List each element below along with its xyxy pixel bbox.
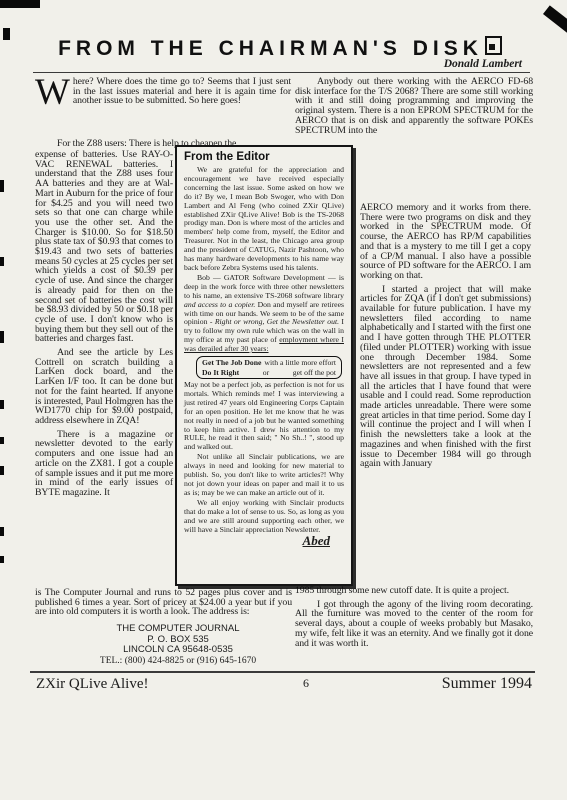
editor-paragraph-1: We are grateful for the appreciation and… bbox=[184, 166, 344, 273]
right-bottom-column: 1985 through some new cutoff date. It is… bbox=[295, 586, 533, 652]
byline: Donald Lambert bbox=[300, 58, 522, 70]
editor-paragraph-2: Bob — GATOR Software Development — is de… bbox=[184, 274, 344, 354]
batteries-paragraph: expense of batteries. Use RAY-O-VAC RENE… bbox=[35, 150, 173, 344]
disk-icon bbox=[485, 36, 502, 55]
scan-artifact-edge bbox=[0, 556, 4, 563]
aerco-text: Anybody out there working with the AERCO… bbox=[295, 76, 533, 136]
editor-p2-italic: Right or wrong, Get the Newsletter out. bbox=[215, 317, 339, 326]
scan-artifact-edge bbox=[0, 437, 4, 444]
scan-artifact-edge bbox=[0, 180, 4, 192]
editor-box-body: We are grateful for the appreciation and… bbox=[184, 166, 344, 546]
motto-line2-or: or bbox=[263, 368, 269, 378]
scan-artifact-edge bbox=[0, 257, 4, 266]
computer-journal-text: is The Computer Journal and runs to 52 p… bbox=[35, 587, 292, 617]
left-narrow-column: expense of batteries. Use RAY-O-VAC RENE… bbox=[35, 150, 173, 502]
scan-artifact-left-mark bbox=[3, 28, 10, 40]
editor-paragraph-4: Not unlike all Sinclair publications, we… bbox=[184, 453, 344, 498]
editor-signature: Abed bbox=[184, 537, 344, 546]
living-room-paragraph: I got through the agony of the living ro… bbox=[295, 600, 533, 649]
left-opening-paragraph: Where? Where does the time go to? Seems … bbox=[35, 77, 291, 107]
opening-text: here? Where does the time go to? Seems t… bbox=[73, 76, 291, 106]
newsletter-page: FROM THE CHAIRMAN'S DISK Donald Lambert … bbox=[0, 0, 567, 800]
scan-artifact-top-bar bbox=[0, 0, 40, 8]
magazine-paragraph: There is a magazine or newsletter devote… bbox=[35, 430, 173, 498]
address-line: THE COMPUTER JOURNAL bbox=[48, 624, 308, 635]
editor-paragraph-3: May not be a perfect job, as perfection … bbox=[184, 381, 344, 452]
scan-artifact-edge bbox=[0, 527, 4, 536]
footer-page-number: 6 bbox=[303, 676, 309, 691]
scan-artifact-edge bbox=[0, 400, 4, 409]
footer-journal-name: ZXir QLive Alive! bbox=[36, 676, 148, 693]
editor-box-heading: From the Editor bbox=[184, 151, 344, 163]
editor-paragraph-5: We all enjoy working with Sinclair produ… bbox=[184, 499, 344, 535]
from-the-editor-box: From the Editor We are grateful for the … bbox=[175, 145, 353, 586]
address-line: LINCOLN CA 95648-0535 bbox=[48, 645, 308, 656]
address-phone-line: TEL.: (800) 424-8825 or (916) 645-1670 bbox=[48, 656, 308, 667]
motto-line2-lead: Do It Right bbox=[202, 368, 239, 378]
motto-line2-rest: get off the pot bbox=[293, 368, 336, 378]
drop-cap: W bbox=[35, 77, 73, 107]
motto-line1-lead: Get The Job Done bbox=[202, 358, 261, 368]
right-narrow-column: AERCO memory and it works from there. Th… bbox=[360, 203, 531, 473]
scan-artifact-corner bbox=[543, 5, 567, 33]
page-title-text: FROM THE CHAIRMAN'S DISK bbox=[58, 37, 483, 60]
scan-artifact-edge bbox=[0, 331, 4, 343]
larken-paragraph: And see the article by Les Cottrell on s… bbox=[35, 348, 173, 426]
motto-line1-rest: with a little more effort bbox=[264, 358, 336, 368]
left-bottom-paragraph: is The Computer Journal and runs to 52 p… bbox=[35, 588, 292, 617]
editor-p2-italic: and access to a copier. bbox=[184, 300, 255, 309]
project-continued: 1985 through some new cutoff date. It is… bbox=[295, 586, 533, 596]
byline-author: Donald Lambert bbox=[444, 58, 522, 70]
editor-p2-text: Bob — GATOR Software Development — is de… bbox=[184, 273, 344, 300]
scan-artifact-edge bbox=[0, 466, 4, 475]
aerco-continued: AERCO memory and it works from there. Th… bbox=[360, 203, 531, 281]
address-block: THE COMPUTER JOURNAL P. O. BOX 535 LINCO… bbox=[48, 624, 308, 667]
footer-issue: Summer 1994 bbox=[430, 675, 532, 693]
project-paragraph: I started a project that will make artic… bbox=[360, 285, 531, 469]
right-top-paragraph: Anybody out there working with the AERCO… bbox=[295, 77, 533, 135]
footer-rule bbox=[30, 671, 535, 673]
motto-box: Get The Job Done with a little more effo… bbox=[196, 356, 342, 379]
header-rule bbox=[33, 72, 530, 73]
motto-line-2: Do It Right or get off the pot bbox=[202, 368, 336, 378]
motto-line-1: Get The Job Done with a little more effo… bbox=[202, 358, 336, 368]
